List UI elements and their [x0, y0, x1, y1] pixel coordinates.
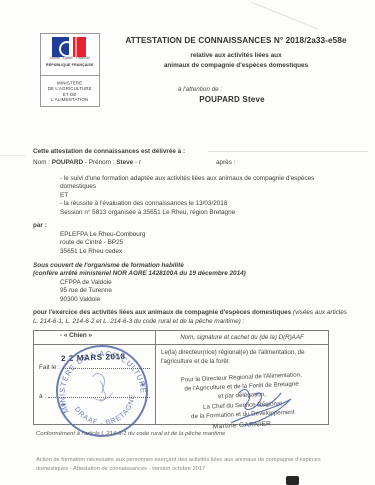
habilite-org-address: CFPPA de Valdoie 95 rue de Turenne 90300…	[60, 279, 347, 304]
bullet-evaluation: - la réussite à l'évaluation des connais…	[60, 200, 347, 208]
session-line: Session n° 5813 organisée à 35651 Le Rhe…	[60, 209, 347, 217]
svg-text:★: ★	[59, 400, 67, 409]
name-line: Nom : POUPARD - Prénom : Steve - r après…	[33, 159, 347, 167]
republic-name: RÉPUBLIQUE FRANÇAISE	[41, 63, 99, 67]
document-footer: Action de formation nécessaire aux perso…	[36, 456, 334, 474]
recipient-name: POUPARD Steve	[104, 95, 360, 104]
delegation-block: Pour le Directeur Régional de l'Alimenta…	[160, 370, 324, 423]
habilite-line2: (confère arrêté ministériel NOR AGRE 142…	[33, 270, 347, 278]
apres-label: après :	[216, 159, 235, 167]
organizer-address: EPLEFPA Le Rheu-Combourg route de Cintré…	[60, 231, 347, 256]
delivered-heading: Cette attestation de connaissances est d…	[33, 148, 347, 156]
french-flag-icon	[52, 37, 88, 57]
director-intro: Le(la) directeur(rice) régional(e) de l'…	[161, 349, 323, 366]
training-bullets: - le suivi d'une formation adaptée aux a…	[60, 175, 347, 217]
bullet-training: - le suivi d'une formation adaptée aux a…	[60, 175, 347, 192]
fait-le-row: Fait le :	[39, 362, 150, 371]
signature-table: Nom, signature et cachet du (de la) D(R)…	[33, 330, 329, 425]
habilite-line1: Sous couvert de l'organisme de formation…	[33, 262, 347, 270]
exercise-paragraph: pour l'exercice des activités liées aux …	[33, 309, 347, 326]
signature-table-header: Nom, signature et cachet du (de la) D(R)…	[34, 331, 328, 345]
republic-logo: Liberté · Égalité · Fraternité RÉPUBLIQU…	[41, 34, 99, 76]
attention-label: à l'attention de :	[72, 86, 328, 93]
place-dotted-line	[48, 391, 150, 398]
date-place-cell: 2 2 MARS 2018 Fait le : à :	[34, 345, 156, 424]
ministry-name-line: L'ALIMENTATION	[41, 98, 99, 104]
attestation-document-page: Liberté · Égalité · Fraternité RÉPUBLIQU…	[0, 0, 375, 485]
firstname-value: Steve	[116, 159, 133, 166]
ministry-logo-block: Liberté · Égalité · Fraternité RÉPUBLIQU…	[40, 33, 100, 107]
svg-text:MINISTÈRE DE L'AGRICULTURE: MINISTÈRE DE L'AGRICULTURE	[48, 340, 149, 415]
document-title: ATTESTATION DE CONNAISSANCES N° 2018/2a3…	[108, 36, 364, 45]
document-body: Cette attestation de connaissances est d…	[33, 148, 347, 341]
date-dotted-line	[62, 362, 150, 369]
scan-artifact-mark	[286, 476, 299, 485]
surname-value: POUPARD	[52, 159, 83, 166]
svg-text:★: ★	[139, 380, 147, 389]
scan-artifact-line	[252, 2, 319, 30]
place-row: à :	[39, 391, 150, 400]
signatory-cell: Le(la) directeur(rice) régional(e) de l'…	[156, 345, 328, 424]
republic-motto: Liberté · Égalité · Fraternité	[41, 57, 99, 60]
ministry-name-block: MINISTÈRE DE L'AGRICULTURE ET DE L'ALIME…	[41, 76, 99, 116]
legal-footnote: Conformément à l'article L.214-6-1 du co…	[36, 431, 225, 437]
document-subtitle: relative aux activités liées aux animaux…	[108, 51, 364, 71]
scan-artifact-line	[0, 155, 26, 156]
signature-header-label: Nom, signature et cachet du (de la) D(R)…	[156, 331, 328, 344]
document-header: ATTESTATION DE CONNAISSANCES N° 2018/2a3…	[108, 36, 364, 104]
par-label: par :	[33, 222, 347, 230]
